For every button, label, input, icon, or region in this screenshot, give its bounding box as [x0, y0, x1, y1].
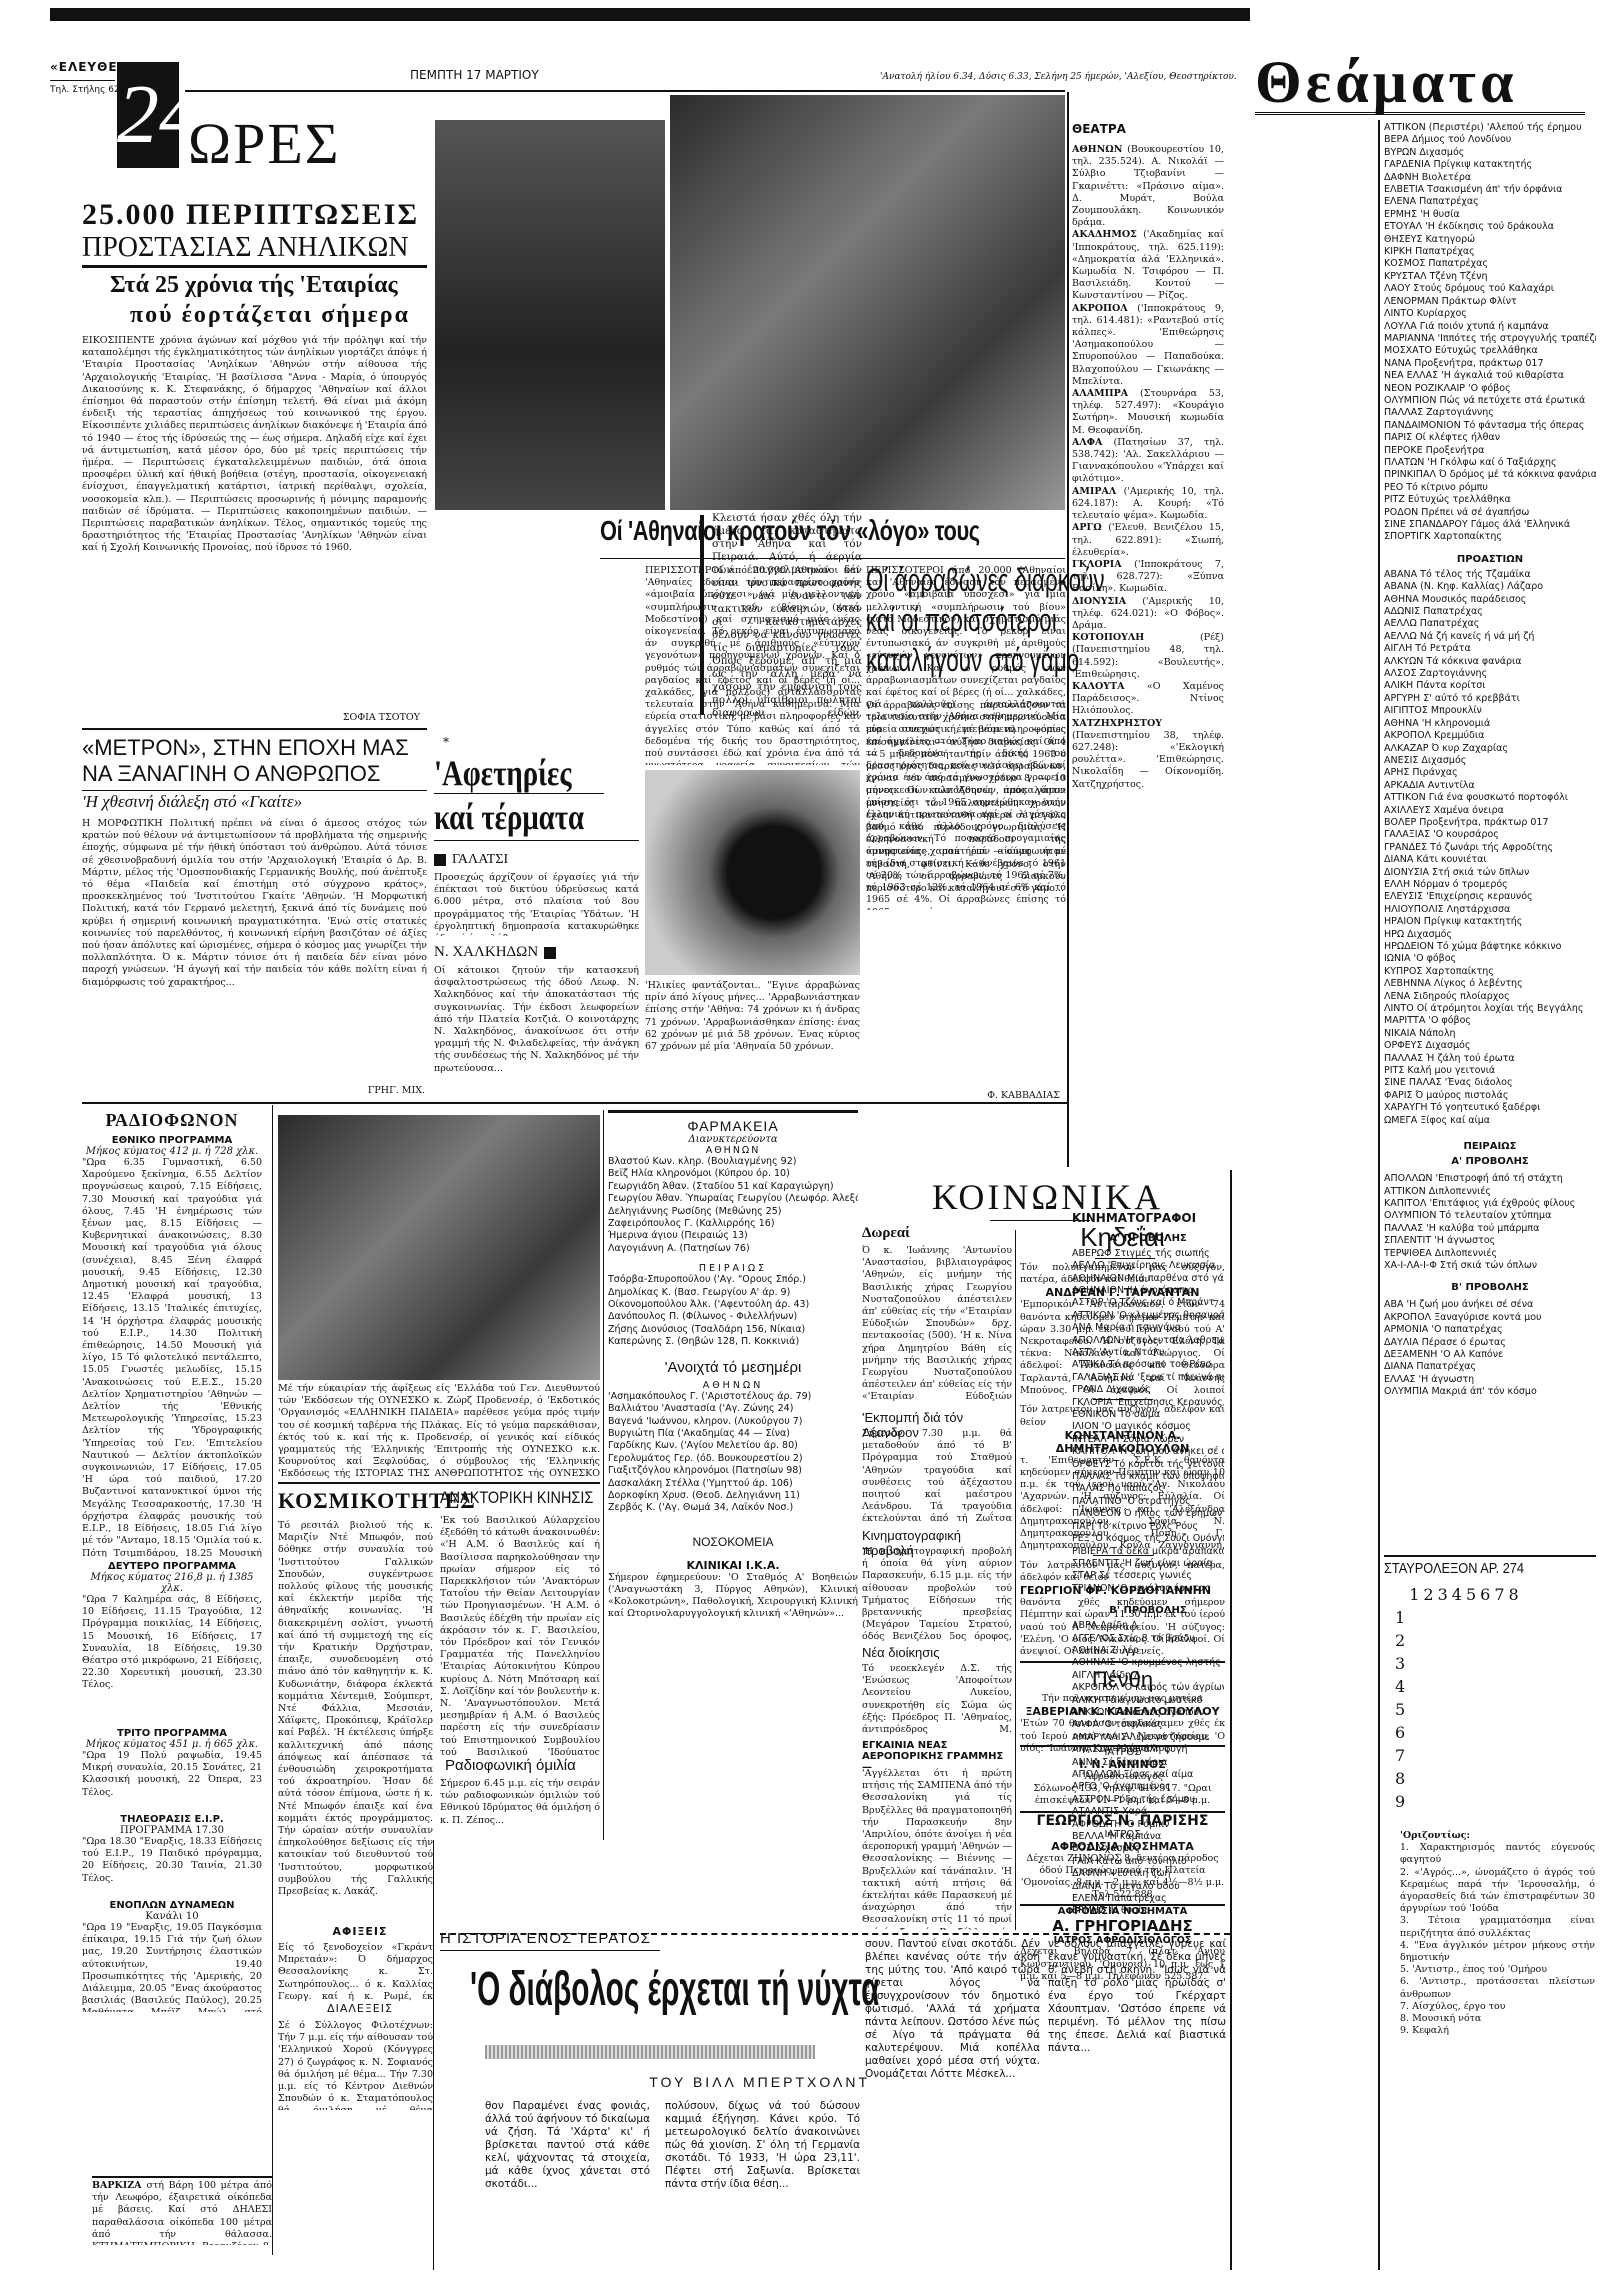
- pharmacy-item: Καπερώνης Σ. (Θηβών 128, Π. Κοκκινιά): [608, 1336, 858, 1348]
- cinema-entry: ΔΕΞΑΜΕΝΗ 'Ο Αλ Καπόνε: [1384, 1349, 1596, 1361]
- crossword-cell[interactable]: [1465, 1791, 1477, 1812]
- theatre-entry: ΓΚΛΟΡΙΑ ('Ιπποκράτους 7, τηλ. 628.727): …: [1072, 559, 1224, 596]
- theatre-name: ΑΚΑΔΗΜΟΣ: [1072, 229, 1137, 240]
- column-number: 3: [1437, 1584, 1449, 1605]
- crossword-cell[interactable]: [1479, 1607, 1491, 1628]
- feature-headline: 'Ο διάβολος έρχεται τή νύχτα: [470, 1962, 718, 2017]
- square-bullet-icon: [544, 947, 556, 959]
- crossword-cell[interactable]: [1408, 1653, 1420, 1674]
- cinema-entry: ΠΑΝΘΕΟΝ Ό ήλιος τών έρημων: [1072, 1508, 1224, 1520]
- cinema-entry: ΓΡΑΝΔ Διχασμός: [1072, 1384, 1224, 1396]
- section-text: Προσεχώς άρχίζουν οί έργασίες γιά τήν έπ…: [434, 872, 639, 936]
- logos-subhead-line-1: Οί άρραβώνες διαρκούν: [866, 560, 1006, 600]
- crossword-grid: 12345678123456789: [1392, 1582, 1522, 1814]
- column-number: 1: [1408, 1584, 1420, 1605]
- cinema-entry: ΕΛΕΝΑ Παπατρέχας: [1384, 196, 1596, 208]
- pharmacy-item: Βεϊζ Ηλία κληρονόμοι (Κύπρου όρ. 10): [608, 1168, 858, 1180]
- clue: 2. «'Αγρός...», ώνομάζετο ό άγρός τού Κε…: [1400, 1867, 1595, 1916]
- section-title: Ν. ΧΑΛΚΗΔΩΝ: [434, 944, 538, 961]
- cinema-entry: ΣΙΝΕ ΣΠΑΝΔΑΡΟΥ Γάμος άλά 'Ελληνικά: [1384, 519, 1596, 531]
- cinema-entry: ΒΕΛΛΑ 'Η καμπάνα: [1072, 1831, 1224, 1843]
- cinema-entry: ΑΒΕΡΩΦ Στιγμές τής σιωπής: [1072, 1248, 1224, 1260]
- crossword-cell[interactable]: [1437, 1745, 1449, 1766]
- feature-col-3: σουν. Παντού είναι σκοτάδι. Δέν βλέπει κ…: [865, 1938, 1040, 2268]
- piraeus-first-run-label: Α' ΠΡΟΒΟΛΗΣ: [1384, 1156, 1596, 1167]
- crossword-cell[interactable]: [1408, 1607, 1420, 1628]
- cinema-entry: ΑΛΚΥΩΝ Τά κόκκινα φανάρια: [1384, 656, 1596, 668]
- pharmacy-item: Λαγογιάννη Α. (Πατησίων 76): [608, 1243, 858, 1255]
- crossword-cell[interactable]: [1437, 1607, 1449, 1628]
- column-rule: [1230, 1170, 1232, 2270]
- crossword-cell[interactable]: [1408, 1768, 1420, 1789]
- aphetiries-headline: 'Αφετηρίες: [434, 752, 594, 794]
- program-wave: ΠΡΟΓΡΑΜΜΑ 17.30: [82, 1825, 262, 1836]
- crossword-cell[interactable]: [1508, 1630, 1520, 1651]
- cinema-entry: ΕΛΕΥΣΙΣ 'Επιχείρησις κεραυνός: [1384, 891, 1596, 903]
- program-wave: Μήκος κύματος 216,8 μ. ή 1385 χλκ.: [82, 1572, 262, 1594]
- across-label: 'Οριζοντίως:: [1400, 1830, 1595, 1842]
- crossword-cell[interactable]: [1451, 1630, 1463, 1651]
- row-number: 9: [1394, 1791, 1406, 1812]
- cinema-entry: ΓΑΛΑΞΙΑΣ 'Ο κουρσάρος: [1384, 829, 1596, 841]
- program-name: ΤΡΙΤΟ ΠΡΟΓΡΑΜΜΑ: [82, 1728, 262, 1739]
- cinema-list-first-run: ΑΒΕΡΩΦ Στιγμές τής σιωπής ΑΕΛΛΩ 'Επιχείρ…: [1072, 1248, 1224, 1595]
- pharmacy-list-athens: Βλαστού Κων. κληρ. (Βουλιαγμένης 92) Βεϊ…: [608, 1156, 858, 1255]
- clue: 8. Μουσική νότα: [1400, 2013, 1595, 2025]
- cinema-entry: ΑΘΗΝΑ Ζ' λέρ: [1072, 1645, 1224, 1657]
- crossword-cell[interactable]: [1408, 1699, 1420, 1720]
- pharmacies-subtitle: Διανυκτερεύοντα: [608, 1134, 858, 1145]
- theatres-label: ΘΕΑΤΡΑ: [1072, 122, 1224, 136]
- crossword-black-cell: [1422, 1768, 1434, 1789]
- crossword-cell[interactable]: [1479, 1745, 1491, 1766]
- theatre-name: ΚΟΤΟΠΟΥΛΗ: [1072, 632, 1144, 643]
- row-number: 7: [1394, 1745, 1406, 1766]
- section-number-box: 24: [117, 62, 179, 168]
- pharmacy-item: Γερολυμάτος Γερ. (όδ. Βουκουρεστίου 2): [608, 1453, 858, 1465]
- logos-rule: [600, 558, 1065, 559]
- cinema-list-piraeus-second: ΑΒΑ 'Η ζωή μου άνήκει σέ σένα ΑΚΡΟΠΟΛ Ξα…: [1384, 1299, 1596, 1398]
- pharmacy-item: Γαρδίκης Κων. ('Αγίου Μελετίου άρ. 80): [608, 1440, 858, 1452]
- cinema-entry: ΑΝΑΣΣΑ 'Η μεγάλη φυγή: [1072, 1744, 1224, 1756]
- crossword-cell[interactable]: [1493, 1653, 1505, 1674]
- column-number: 5: [1465, 1584, 1477, 1605]
- crossword-cell[interactable]: [1465, 1699, 1477, 1720]
- crossword-cell[interactable]: [1451, 1768, 1463, 1789]
- logos-headline: Οί 'Αθηναίοι κρατούν τόν «λόγο» τους: [600, 515, 967, 547]
- pharmacy-item: Δασκαλάκη Στέλλα ('Υμηττού άρ. 106): [608, 1478, 858, 1490]
- clue: 9. Κεφαλή: [1400, 2025, 1595, 2037]
- cinema-entry: ΑΒΑ 'Η ζωή μου άνήκει σέ σένα: [1384, 1299, 1596, 1311]
- crossword-black-cell: [1437, 1791, 1449, 1812]
- cinema-entry: ΩΜΕΓΑ Ξίφος καί αίμα: [1384, 1115, 1596, 1127]
- cinema-entry: ΠΑΛΑΣ Πό παπάζος: [1072, 1483, 1224, 1495]
- crossword-cell[interactable]: [1422, 1745, 1434, 1766]
- pharmacy-item: Δορκοφίκη Χρυσ. (Θεοδ. Δεληγιάννη 11): [608, 1490, 858, 1502]
- crossword-cell[interactable]: [1437, 1768, 1449, 1789]
- crossword-cell[interactable]: [1508, 1768, 1520, 1789]
- crossword-cell[interactable]: [1465, 1607, 1477, 1628]
- crossword-cell[interactable]: [1493, 1745, 1505, 1766]
- cinema-entry: ΑΛΙΚΗ Τό άγνωστο μυστικό: [1072, 1695, 1224, 1707]
- theatre-entry: ΑΚΡΟΠΟΛ ('Ιπποκράτους 9, τηλ. 614.481): …: [1072, 303, 1224, 388]
- theatre-name: ΓΚΛΟΡΙΑ: [1072, 559, 1122, 570]
- crossword-cell[interactable]: [1508, 1745, 1520, 1766]
- cinema-entry: ΛΕΒΗΝΝΑ Λίγκος ό λεβέντης: [1384, 978, 1596, 990]
- feature-byline: ΤΟΥ ΒΙΛΛ ΜΠΕΡΤΧΟΛΝΤ: [630, 2074, 870, 2090]
- cinema-entry: ΑΡΚΑΔΙΑ Αντιντίλα: [1384, 780, 1596, 792]
- entertainment-title-rule: [1255, 112, 1585, 115]
- cinema-entry: ΑΚΡΟΠΟΛ Κρεμμύδια: [1384, 730, 1596, 742]
- cinema-entry: ΑΠΟΛΛΩΝ Ξίφος καί αίμα: [1072, 1769, 1224, 1781]
- cinema-entry: ΚΥΠΡΟΣ Χαρτοπαίκτης: [1384, 966, 1596, 978]
- cinema-entry: ΚΙΡΚΗ Παπατρέχας: [1384, 246, 1596, 258]
- cinema-entry: ΝΙΚΑΙΑ Νάπολη: [1384, 1028, 1596, 1040]
- crossword-cell[interactable]: [1479, 1653, 1491, 1674]
- theatre-entry: ΑΛΑΜΠΡΑ (Στουρνάρα 53, τηλέφ. 527.497): …: [1072, 388, 1224, 437]
- pharmacy-item: Ζαφειρόπουλος Γ. (Καλλιρρόης 16): [608, 1218, 858, 1230]
- crossword-cell[interactable]: [1508, 1676, 1520, 1697]
- cinema-entry: ΑΝΝΑ Σέ ξένα χέρια: [1072, 1757, 1224, 1769]
- cinema-entry: ΡΙΤΣ Καλή μου γειτονιά: [1384, 1065, 1596, 1077]
- crossword-cell[interactable]: [1508, 1653, 1520, 1674]
- cinema-entry: ΒΟΞ Διχασμός: [1072, 1843, 1224, 1855]
- radio-talk-text: Σήμερον 6.45 μ.μ. είς τήν σειράν τών ραδ…: [440, 1778, 600, 1828]
- column-number: 7: [1493, 1584, 1505, 1605]
- cinema-entry: ΧΑΡΑΥΓΗ Τό γοητευτικό ξαδέρφι: [1384, 1102, 1596, 1114]
- metron-subhead: 'Η χθεσινή διάλεξη στό «Γκαίτε»: [82, 792, 427, 812]
- section-title: ΩΡΕΣ: [188, 110, 341, 177]
- cinema-entry: ΑΛΙΚΗ Πάντα κορίτσι: [1384, 680, 1596, 692]
- cinema-list-second-run: ΑΒΡΑ Λαίδη Λ ΑΓΓΕΛΟΣ Στίς 8 τό βράδυ ΑΘΗ…: [1072, 1620, 1224, 1918]
- crossword-cell[interactable]: [1508, 1722, 1520, 1743]
- shops-photo-left: [435, 120, 665, 510]
- cinema-entry: ΤΕΡΨΙΘΕΑ Διπλοπεννιές: [1384, 1248, 1596, 1260]
- crossword-black-cell: [1465, 1768, 1477, 1789]
- cinema-entry: ΗΡΩΔΕΙΟΝ Τό χώμα βάφτηκε κόκκινο: [1384, 941, 1596, 953]
- theatre-details: (Βουκουρεστίου 10, τηλ. 235.524). Α. Νικ…: [1072, 144, 1224, 228]
- crossword-cell[interactable]: [1451, 1676, 1463, 1697]
- cinema-entry: ΚΑΠΙΤΟΛ 'Επιτάφιος γιά έχθρούς φίλους: [1384, 1198, 1596, 1210]
- ad-title: ΒΑΡΚΙΖΑ: [92, 2180, 142, 2191]
- crossword-cell[interactable]: [1479, 1630, 1491, 1651]
- cinema-entry: ΑΒΑΝΑ (Ν. Κηφ. Καλλίας) Λάζαρο: [1384, 581, 1596, 593]
- aphetiries-rule: [434, 840, 639, 841]
- cinema-entry: ΑΜΑΡΥΛΛΙΣ Λέμε νά ζήσουμε: [1072, 1732, 1224, 1744]
- theatre-name: ΑΡΓΩ: [1072, 522, 1102, 533]
- logos-subhead-line-2: καί οί περισσότεροι: [866, 600, 1006, 640]
- lead-headline: 25.000 ΠΕΡΙΠΤΩΣΕΙΣ: [82, 198, 422, 232]
- crossword-black-cell: [1408, 1676, 1420, 1697]
- crossword-cell[interactable]: [1493, 1722, 1505, 1743]
- crossword-cell[interactable]: [1451, 1699, 1463, 1720]
- pharmacy-list-noon: 'Ασημακόπουλος Γ. ('Αριστοτέλους άρ. 79)…: [608, 1391, 858, 1515]
- logos-subhead: Οί άρραβώνες διαρκούν καί οί περισσότερο…: [866, 560, 1006, 680]
- radio-title: ΡΑΔΙΟΦΩΝΟΝ: [82, 1110, 262, 1131]
- crossword-cell[interactable]: [1437, 1653, 1449, 1674]
- crossword-cell[interactable]: [1451, 1722, 1463, 1743]
- crossword-cell[interactable]: [1465, 1676, 1477, 1697]
- theatre-details: ('Ιπποκράτους 9, τηλ. 614.481): «Ραντεβο…: [1072, 303, 1224, 387]
- cinema-entry: ΓΑΡΔΕΝΙΑ Πρίγκιψ κατακτητής: [1384, 159, 1596, 171]
- lead-subhead-2: πού έορτάζεται σήμερα: [130, 302, 430, 329]
- cinema-list-piraeus-first: ΑΠΟΛΛΩΝ 'Επιστροφή άπό τή στάχτη ΑΤΤΙΚΟΝ…: [1384, 1173, 1596, 1272]
- crossword-black-cell: [1422, 1607, 1434, 1628]
- cinema-entry: ΔΙΑΝΑ Τό μεγάλο σόου: [1072, 1881, 1224, 1893]
- cinema-entry: ΦΑΡΙΣ Ό μαύρος πιστολάς: [1384, 1090, 1596, 1102]
- almanac-line: 'Ανατολή ήλίου 6.34, Δύσις 6.33, Σελήνη …: [880, 72, 1237, 82]
- cinema-entry: ΑΡΜΟΝΙΑ 'Ο παπατρέχας: [1384, 1324, 1596, 1336]
- logos-subhead-line-3: καταλήγουν στό γάμο: [866, 640, 1006, 680]
- program-schedule: "Ωρα 7 Καλημέρα σάς, 8 Είδήσεις, 10 Είδή…: [82, 1594, 262, 1724]
- pharmacy-item: Δεληγιάννης Ρωσίδης (Μεθώνης 25): [608, 1206, 858, 1218]
- cinema-entry: ΑΙΓΛΗ Λαίδη Λ: [1072, 1670, 1224, 1682]
- pharmacy-item: Γεωργίου Άθαν. Ύπωραίας Γεωργίου (Λεωφόρ…: [608, 1193, 858, 1205]
- feature-col-2: πολύσουν, δίχως νά τού δώσουν καμμιά έξή…: [665, 2100, 860, 2270]
- cinema-entry: ΑΦΡΟΔΙΤΗ 'Ο Ρόμπιν: [1072, 1819, 1224, 1831]
- donations-title: Δωρεαί: [862, 1225, 1012, 1242]
- theatre-name: ΑΛΦΑ: [1072, 437, 1102, 448]
- crossword-cell[interactable]: [1422, 1699, 1434, 1720]
- piraeus-second-run-label: Β' ΠΡΟΒΟΛΗΣ: [1384, 1282, 1596, 1293]
- couple-caption: 'Ηλικίες φαντάζονται.. "Εγινε άρραβώνας …: [645, 980, 860, 1095]
- pharmacies-rule: [608, 1110, 858, 1113]
- cinemas-label: ΚΙΝΗΜΑΤΟΓΡΑΦΟΙ: [1072, 1211, 1224, 1225]
- cinema-entry: ΕΛΕΝΑ Παπατρέχας: [1072, 1893, 1224, 1905]
- crossword-cell[interactable]: [1408, 1745, 1420, 1766]
- cinema-entry: ΑΛΚΑΖΑΡ Ό κυρ Ζαχαρίας: [1384, 743, 1596, 755]
- theatre-name: ΔΙΟΝΥΣΙΑ: [1072, 596, 1126, 607]
- cinema-entry: ΘΗΣΕΥΣ Κατηγορώ: [1384, 234, 1596, 246]
- piraeus-label: ΠΕΙΡΑΙΩΣ: [1384, 1141, 1596, 1152]
- cinema-entry: ΝΕΟΝ ΡΟΖΙΚΛΑΙΡ 'Ο φόβος: [1384, 383, 1596, 395]
- cinema-entry: ΑΛΦΑ 'Ο τσιφλικάς: [1072, 1719, 1224, 1731]
- cinema-entry: ΣΤΑΡ Σέ τέσσερις γωνιές: [1072, 1570, 1224, 1582]
- crossword-cell[interactable]: [1479, 1676, 1491, 1697]
- cinema-entry: ΑΔΩΝΙΣ Παπατρέχας: [1384, 606, 1596, 618]
- cinema-entry: ΕΘΝΙΚΟΝ Τό σώμα: [1072, 1409, 1224, 1421]
- air-route-text: 'Αγγέλλεται ότι ή πρώτη πτήσις τής ΣΑΜΠΕ…: [862, 1768, 1012, 1930]
- masthead-rule: [50, 80, 115, 81]
- cinema-entry: ΚΑΠΙΤΟΛ 'Η ζωή μου άνήκει σέ σένα: [1072, 1446, 1224, 1458]
- theatre-entry: ΑΜΙΡΑΛ ('Αμερικής 10, τηλ. 624.187): Α. …: [1072, 486, 1224, 523]
- theatre-name: ΑΘΗΝΩΝ: [1072, 144, 1122, 155]
- cinema-entry: ΑΙΓΛΗ Τό Ρετράτα: [1384, 643, 1596, 655]
- listings-column-1: ΘΕΑΤΡΑ ΑΘΗΝΩΝ (Βουκουρεστίου 10, τηλ. 23…: [1072, 122, 1224, 2267]
- theatre-entry: ΚΑΛΟΥΤΑ «Ο Χαμένος Παράδεισος». Ντίνος Η…: [1072, 681, 1224, 718]
- radio-programs: ΕΘΝΙΚΟ ΠΡΟΓΡΑΜΜΑ Μήκος κύματος 412 μ. ή …: [82, 1135, 262, 2095]
- pharmacy-item: Ζήσης Διονύσιος (Τσαλδάρη 156, Νίκαια): [608, 1324, 858, 1336]
- crossword-cell[interactable]: [1422, 1676, 1434, 1697]
- leandros-text: Σήμερον 7.30 μ.μ. θά μεταδοθούν άπό τό Β…: [862, 1428, 1012, 1523]
- cinema-entry: ΑΡΗΣ Πιράνχας: [1384, 767, 1596, 779]
- cinema-entry: ΜΑΡΙΑΝΝΑ 'Ιππότες τής στρογγυλής τραπέζη…: [1384, 333, 1596, 345]
- row-number: 6: [1394, 1722, 1406, 1743]
- cinema-entry: ΑΝΑ Μαρία ή τσιγγάνα: [1072, 1322, 1224, 1334]
- crossword-cell[interactable]: [1479, 1791, 1491, 1812]
- crossword-black-cell: [1508, 1791, 1520, 1812]
- section-chalkidon: Ν. ΧΑΛΚΗΔΩΝ: [434, 944, 639, 961]
- film-screening-text: 'Η κινηματογραφική προβολή ή όποία θά γί…: [862, 1546, 1012, 1641]
- crossword-cell[interactable]: [1451, 1607, 1463, 1628]
- cinema-entry: ΗΡΑΙΟΝ Πρίγκιψ κατακτητής: [1384, 916, 1596, 928]
- cinema-entry: ΑΧΙΛΛΕΥΣ Χαμένα όνειρα: [1384, 805, 1596, 817]
- row-number: 8: [1394, 1768, 1406, 1789]
- cinema-entry: ΓΑΛΑΞΙΑΣ Νά 'ξερα τί πάει νά πεί: [1072, 1372, 1224, 1384]
- aphetiries-sections: ΓΑΛΑΤΣΙ Προσεχώς άρχίζουν οί έργασίες γι…: [434, 852, 639, 1097]
- listings-column-2: ΑΤΤΙΚΟΝ (Περιστέρι) 'Αλεπού τής έρημου Β…: [1384, 122, 1596, 1572]
- crossword-cell[interactable]: [1437, 1722, 1449, 1743]
- section-galatsi: ΓΑΛΑΤΣΙ: [434, 852, 639, 868]
- theatre-details: (Πανεπιστημίου 38, τηλέφ. 627.248): «'Εκ…: [1072, 730, 1224, 790]
- cinema-entry: ΛΑΟΥ Στούς δρόμους τού Καλαχάρι: [1384, 283, 1596, 295]
- theatre-name: ΑΛΑΜΠΡΑ: [1072, 388, 1128, 399]
- cinema-entry: ΚΡΥΣΤΑΛ Τζένη Τζένη: [1384, 271, 1596, 283]
- cinema-entry: ΕΡΜΗΣ 'Η θυσία: [1072, 1905, 1224, 1917]
- crossword-cell[interactable]: [1408, 1722, 1420, 1743]
- cinema-entry: ΤΡΙΑΝΟΝ 'Ο μεγάλος έρωτας: [1072, 1583, 1224, 1595]
- crossword-black-cell: [1493, 1676, 1505, 1697]
- cinema-entry: ΝΑΝΑ Προξενήτρα, πράκτωρ 017: [1384, 358, 1596, 370]
- cinema-entry: ΟΛΥΜΠΙΟΝ Πώς νά πετύχετε στά έρωτικά: [1384, 395, 1596, 407]
- shops-photo-main: [670, 95, 1065, 510]
- column-number: 4: [1451, 1584, 1463, 1605]
- crossword-cell[interactable]: [1508, 1699, 1520, 1720]
- crossword-cell[interactable]: [1408, 1791, 1420, 1812]
- cinema-entry: ΠΑΝΔΑΙΜΟΝΙΟΝ Τό φάντασμα τής όπερας: [1384, 420, 1596, 432]
- cinema-entry: ΑΒΡΑ Λαίδη Λ: [1072, 1620, 1224, 1632]
- pharmacy-list-piraeus: Τσόρβα-Σπυροπούλου ('Αγ. "Ορους Σπόρ.) Δ…: [608, 1274, 858, 1348]
- crossword-cell[interactable]: [1422, 1653, 1434, 1674]
- clue: 7. Αίσχύλος, έργο του: [1400, 2001, 1595, 2013]
- crossword-cell[interactable]: [1408, 1630, 1420, 1651]
- crossword-cell[interactable]: [1437, 1630, 1449, 1651]
- pharmacy-item: Δανόπουλος Π. (Φίλωνος - Φιλελλήνων): [608, 1311, 858, 1323]
- crossword-cell[interactable]: [1493, 1699, 1505, 1720]
- crossword-clues: 'Οριζοντίως: 1. Χαρακτηρισμός παντός εύγ…: [1400, 1830, 1595, 2037]
- crossword-title: ΣΤΑΥΡΟΛΕΞΟΝ ΑΡ. 274: [1384, 1560, 1564, 1577]
- program-name: ΕΘΝΙΚΟ ΠΡΟΓΡΑΜΜΑ: [82, 1135, 262, 1146]
- cinema-entry: ΙΝΤΕΑΛ 'Η Σόφια Λώρεν: [1072, 1434, 1224, 1446]
- ad-rule: [92, 2176, 272, 2178]
- cinema-entry: ΑΙΓΙΠΤΟΣ Μπρουκλίν: [1384, 705, 1596, 717]
- cinema-entry: ΙΩΝΙΑ 'Ο φόβος: [1384, 953, 1596, 965]
- program-schedule: "Ωρα 19 Πολύ ραψωδία, 19.45 Μικρή συναυλ…: [82, 1750, 262, 1810]
- metron-byline: ΓΡΗΓ. ΜΙΧ.: [340, 1085, 425, 1097]
- logos-body-2: Οί άρραβώνες έπίσης παρουσιάζουν τά τρία…: [866, 700, 1066, 1085]
- column-rule: [1378, 120, 1380, 2270]
- crossword-cell[interactable]: [1437, 1699, 1449, 1720]
- cinema-entry: ΒΥΡΩΝ Διχασμός: [1384, 147, 1596, 159]
- pharmacy-item: Ζερβός Κ. ('Αγ. Θωμά 34, Λαϊκόν Νοσ.): [608, 1502, 858, 1514]
- cinema-entry: ΗΡΩ Διχασμός: [1384, 929, 1596, 941]
- theatre-name: ΑΚΡΟΠΟΛ: [1072, 303, 1128, 314]
- crossword-cell[interactable]: [1451, 1791, 1463, 1812]
- crossword-cell[interactable]: [1422, 1791, 1434, 1812]
- feature-kicker: Η ΙΣΤΟΡΙΑ ΕΝΟΣ ΤΕΡΑΤΟΣ: [440, 1930, 860, 1947]
- crossword-cell[interactable]: [1465, 1745, 1477, 1766]
- crossword-cell[interactable]: [1508, 1607, 1520, 1628]
- crossword-cell[interactable]: [1465, 1653, 1477, 1674]
- palace-news-title: ΑΝΑΚΤΟΡΙΚΗ ΚΙΝΗΣΙΣ: [440, 1488, 576, 1508]
- issue-date: ΠΕΜΠΤΗ 17 ΜΑΡΤΙΟΥ: [410, 68, 539, 82]
- crossword-cell[interactable]: [1465, 1722, 1477, 1743]
- entertainment-title: Θεάματα: [1255, 48, 1517, 117]
- cinema-entry: ΣΙΝΕ ΠΑΛΑΣ 'Ένας διάολος: [1384, 1077, 1596, 1089]
- column-rule: [433, 1840, 434, 2270]
- cinema-entry: ΑΕΛΛΩ Νά ζή κανείς ή νά μή ζή: [1384, 631, 1596, 643]
- pharmacy-item: 'Ασημακόπουλος Γ. ('Αριστοτέλους άρ. 79): [608, 1391, 858, 1403]
- cinema-entry: ΛΙΝΤΟ Οί άτρόμητοι λοχίαι τής Βεγγάλης: [1384, 1003, 1596, 1015]
- new-board-title: Νέα διοίκησις: [862, 1645, 1012, 1660]
- cinema-entry: ΑΡΓΥΡΗ Σ' αύτό τό κρεββάτι: [1384, 693, 1596, 705]
- pharmacies-title: ΦΑΡΜΑΚΕΙΑ: [608, 1118, 858, 1134]
- row-number: 4: [1394, 1676, 1406, 1697]
- cinema-entry: ΓΡΑΝΔΕΣ Τό ζωνάρι τής Αφροδίτης: [1384, 842, 1596, 854]
- section-rule: [82, 728, 427, 730]
- crossword-cell[interactable]: [1437, 1676, 1449, 1697]
- crossword-cell[interactable]: [1493, 1768, 1505, 1789]
- cinema-entry: ΠΛΑΤΩΝ 'Η Γκόλφω καί ό Ταξιάρχης: [1384, 457, 1596, 469]
- cinema-entry: ΑΛΚΥΩΝ Γιά όσους άγαπούν: [1072, 1707, 1224, 1719]
- crossword-cell[interactable]: [1479, 1722, 1491, 1743]
- cinema-entry: ΡΙΤΖ Εύτυχώς τρελλάθηκα: [1384, 494, 1596, 506]
- section-title: ΓΑΛΑΤΣΙ: [452, 852, 508, 868]
- row-number: 1: [1394, 1607, 1406, 1628]
- cinema-entry: ΣΠΟΡΤΙΓΚ Χαρτοπαίκτης: [1384, 531, 1596, 543]
- cinema-entry: ΑΕΛΛΩ 'Επιχείρησις Λευκωσία: [1072, 1260, 1224, 1272]
- row-number: 3: [1394, 1653, 1406, 1674]
- cinema-entry: ΟΡΦΕΥΣ Διχασμός: [1384, 1040, 1596, 1052]
- cinema-entry: ΔΙΑΝΑ Κάτι κουνιέται: [1384, 854, 1596, 866]
- cinema-entry: ΜΑΡΙΤΤΑ 'Ο φόβος: [1384, 1015, 1596, 1027]
- cinema-list-suburbs: ΑΒΑΝΑ Τό τέλος τής Τζαμάϊκα ΑΒΑΝΑ (Ν. Κη…: [1384, 569, 1596, 1127]
- arrivals-text: Είς τό ξενοδοχείον «Γκράντ Μπρεταάν»: Ό …: [278, 1942, 433, 2002]
- clue: 5. 'Αντιστρ., έπος τού 'Ομήρου: [1400, 1964, 1595, 1976]
- cinema-entry: ΣΠΛΕΝΤΙΤ 'Η ζωή είναι ώραία: [1072, 1558, 1224, 1570]
- cinema-entry: ΑΣΤΥ 'Αντίο, Ντάλυ: [1072, 1347, 1224, 1359]
- column-number: 2: [1422, 1584, 1434, 1605]
- program-name: ΤΗΛΕΟΡΑΣΙΣ Ε.Ι.Ρ.: [82, 1814, 262, 1825]
- cinema-entry: ΑΠΟΛΛΩΝ 'Η τελευταία λαθρεμπορία: [1072, 1335, 1224, 1347]
- crossword-cell[interactable]: [1479, 1768, 1491, 1789]
- pharmacy-item: Δημολίκας Κ. (Βασ. Γεωργίου Α' άρ. 9): [608, 1287, 858, 1299]
- cinema-entry: ΕΛΛΗ Νόρμαν ό τρομερός: [1384, 879, 1596, 891]
- crossword-cell[interactable]: [1465, 1630, 1477, 1651]
- pharmacies-block: ΦΑΡΜΑΚΕΙΑ Διανυκτερεύοντα ΑΘΗΝΩΝ Βλαστού…: [608, 1118, 858, 1662]
- pharmacies-athens-label: ΑΘΗΝΩΝ: [608, 1145, 858, 1156]
- metron-headline-line-2: ΝΑ ΞΑΝΑΓΙΝΗ Ο ΑΝΘΡΩΠΟΣ: [82, 761, 427, 787]
- crossword-cell[interactable]: [1493, 1607, 1505, 1628]
- crossword-cell[interactable]: [1451, 1745, 1463, 1766]
- cinema-entry: ΑΓΓΕΛΟΣ Στίς 8 τό βράδυ: [1072, 1633, 1224, 1645]
- cinema-entry: ΠΑΛΛΑΣ Ή ζάλη τού έρωτα: [1384, 1053, 1596, 1065]
- new-board-text: Τό νεοεκλεγέν Δ.Σ. τής 'Ενώσεως 'Αποφοίτ…: [862, 1663, 1012, 1735]
- cinema-entry: ΑΝΕΣΙΣ Διχασμός: [1384, 755, 1596, 767]
- cinema-entry: ΛΙΝΤΟ Κυρίαρχος: [1384, 308, 1596, 320]
- crossword-cell[interactable]: [1493, 1630, 1505, 1651]
- arrivals-title: ΑΦΙΞΕΙΣ: [300, 1925, 420, 1938]
- crossword-cell[interactable]: [1451, 1653, 1463, 1674]
- lectures-text: Σέ ό Σύλλογος Φιλοτέχνων: Τήν 7 μ.μ. είς…: [278, 2020, 433, 2110]
- cinema-entry: ΑΘΗΝΑΙΣ 'Ο κρυμμένος ληστής: [1072, 1657, 1224, 1669]
- crossword-cell[interactable]: [1493, 1791, 1505, 1812]
- kosmikotites-body: Τό ρεσιτάλ βιολιού τής κ. Μαριζίν Ντέ Μπ…: [278, 1520, 433, 1920]
- varkiza-ad: ΒΑΡΚΙΖΑ στή Βάρη 100 μέτρα άπό τήν Λεωφό…: [92, 2180, 272, 2245]
- crossword-cell[interactable]: [1422, 1722, 1434, 1743]
- cinema-entry: ΑΤΤΙΚΟΝ 'Ο κλεμμένος θησαυρός: [1072, 1310, 1224, 1322]
- suburbs-label: ΠΡΟΑΣΤΙΩΝ: [1384, 554, 1596, 565]
